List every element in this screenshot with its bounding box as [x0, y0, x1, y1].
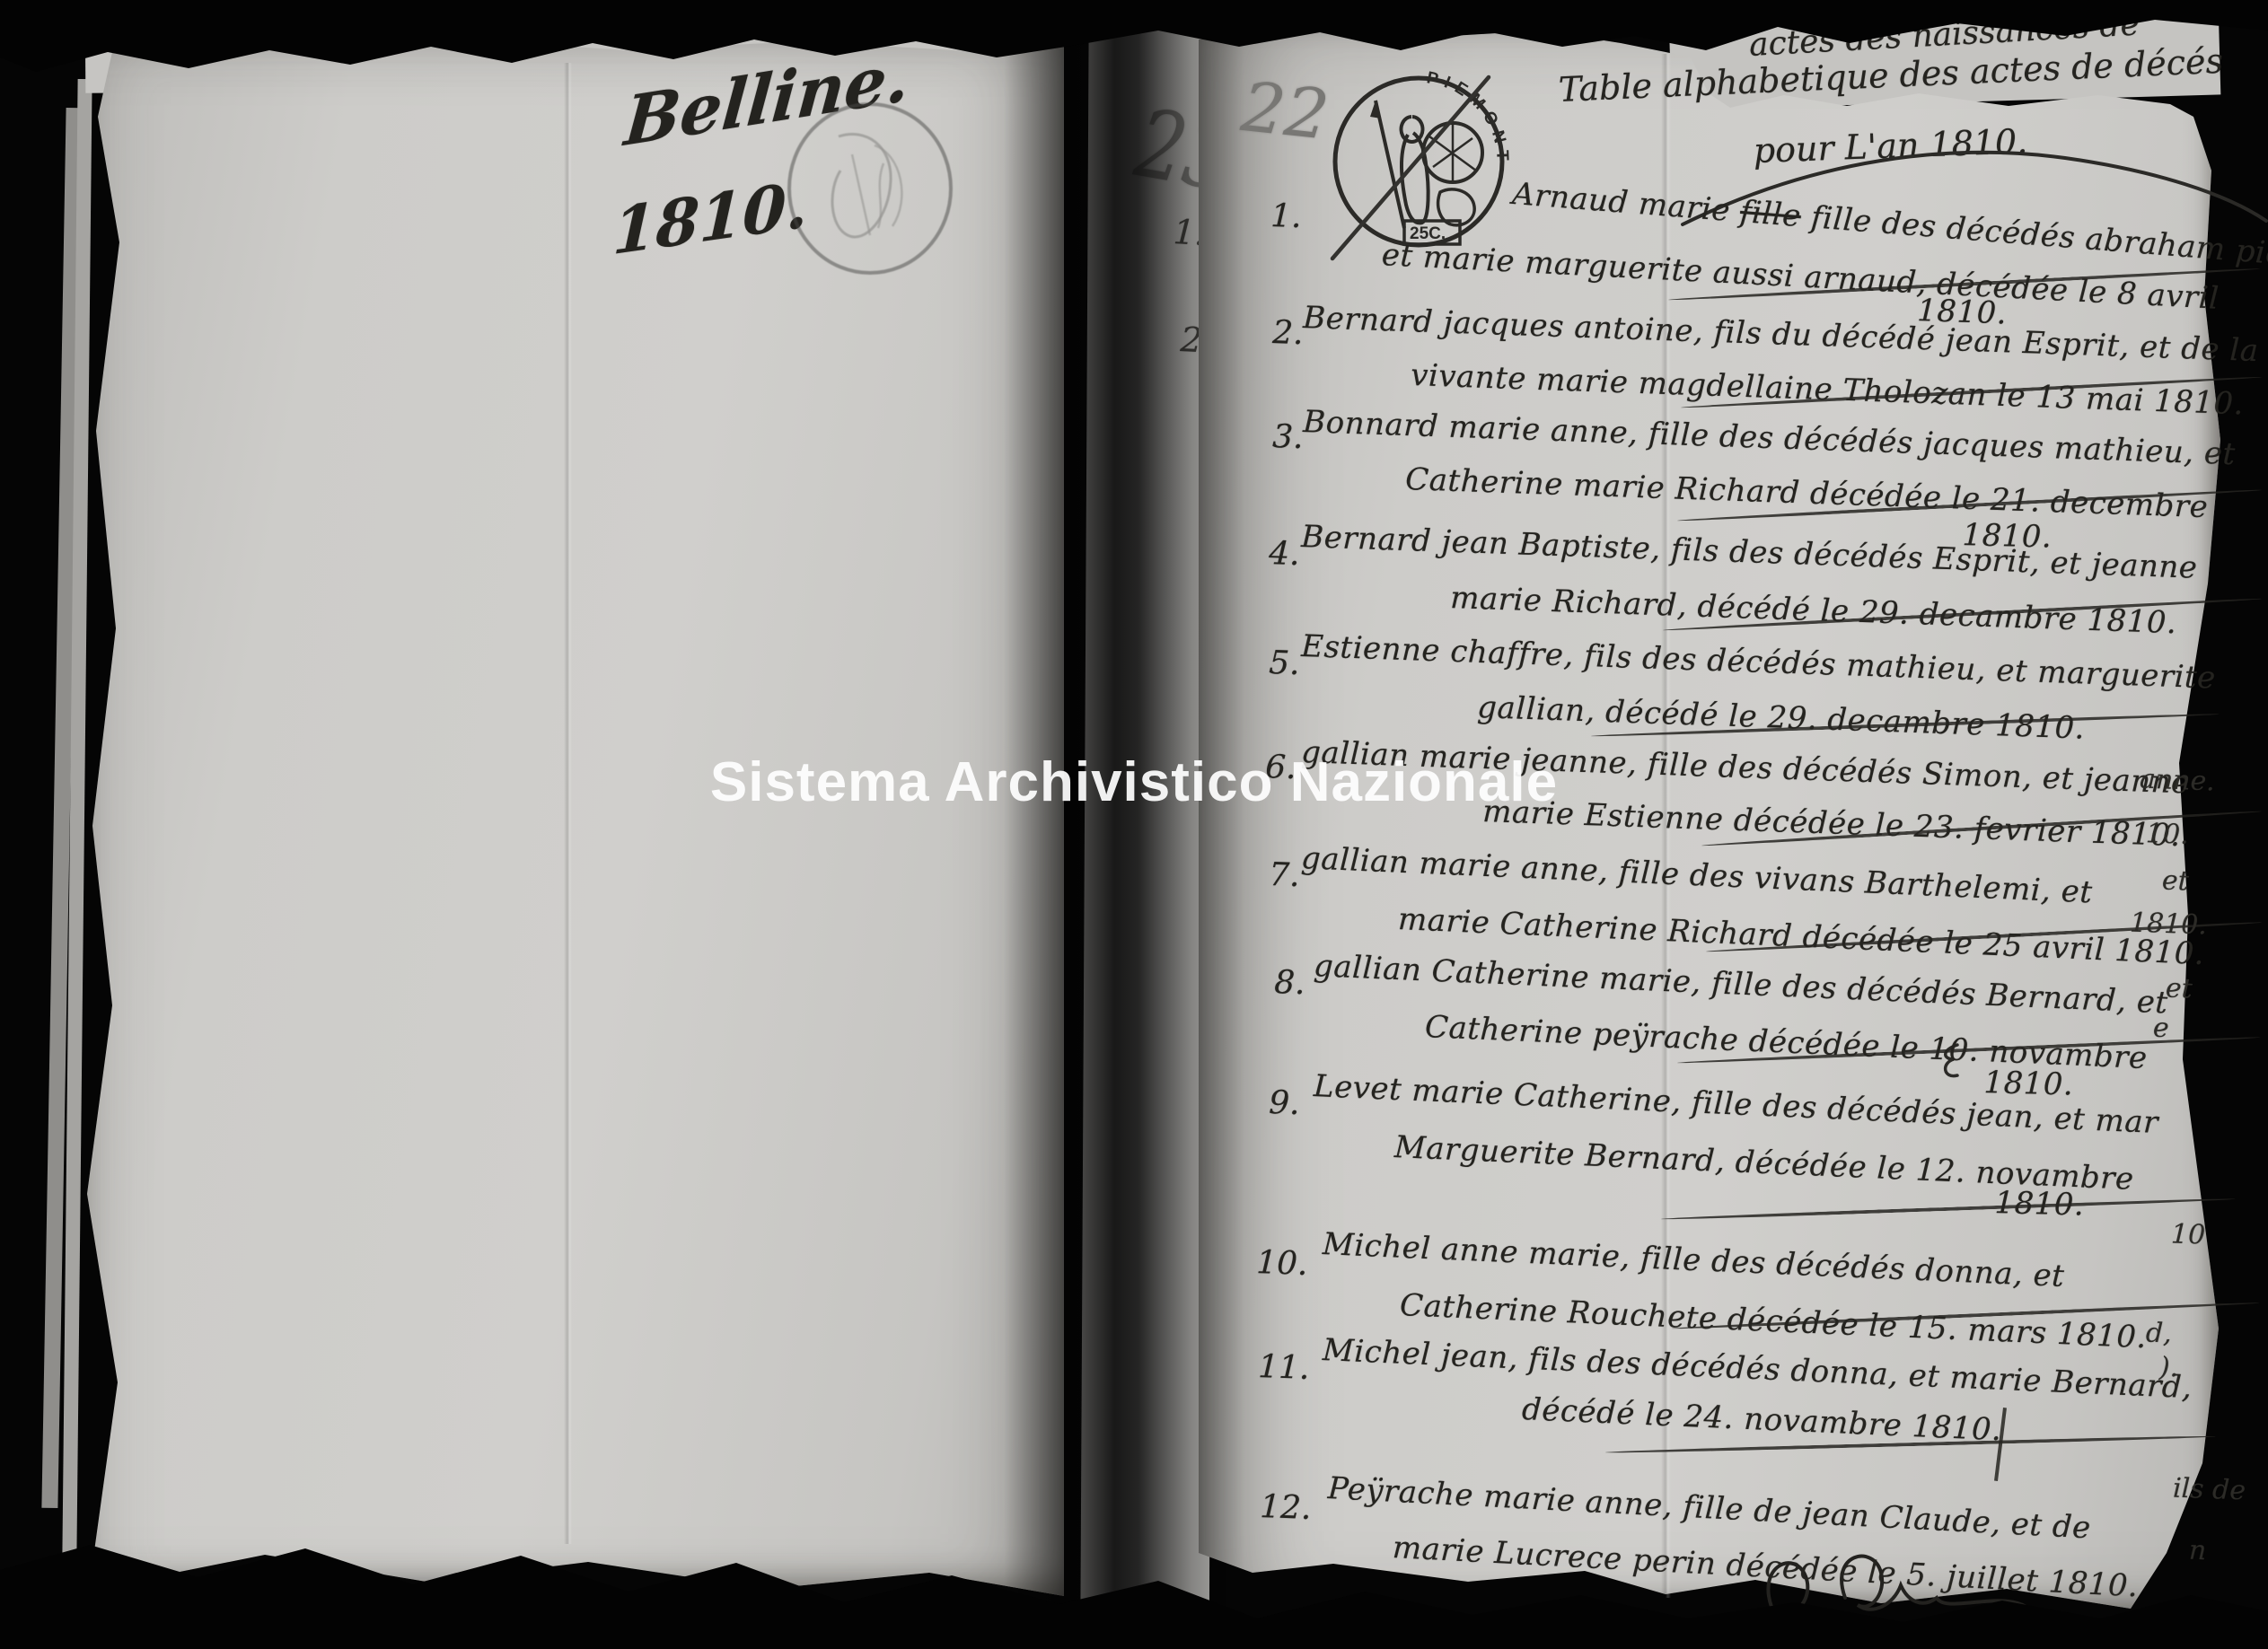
entry-number: 3. — [1272, 418, 1305, 456]
torn-edge-fragment: 10. — [2145, 818, 2189, 851]
folio-number-pencil: 22 — [1238, 66, 1332, 155]
torn-edge-fragment: 1810. — [2129, 908, 2207, 942]
manuscript-scan: rie, marie magdellaine née le 26 aout 18… — [0, 0, 2268, 1649]
entry-number: 7. — [1269, 856, 1301, 894]
torn-edge-fragment: n — [2188, 1535, 2207, 1567]
entry-number: 10. — [1256, 1244, 1309, 1283]
entry-number: 11. — [1258, 1348, 1311, 1387]
torn-edge-fragment: d, — [2145, 1318, 2172, 1350]
entry-number: 5. — [1269, 645, 1301, 682]
piedmont-stamp-icon: PIEMONT 25C. — [1329, 70, 1517, 266]
entry-number: 2. — [1272, 314, 1305, 352]
torn-edge-fragment: e — [2152, 1013, 2169, 1045]
archive-watermark: Sistema Archivistico Nazionale — [0, 750, 2268, 814]
faded-oval-stamp-icon — [785, 101, 955, 276]
torn-edge-fragment: 10 — [2170, 1218, 2205, 1250]
svg-text:PIEMONT: PIEMONT — [1425, 68, 1512, 167]
torn-edge-fragment: et — [2161, 864, 2189, 897]
entry-number: 4. — [1269, 535, 1301, 573]
torn-edge-fragment: ils de — [2172, 1473, 2246, 1507]
gutter-shadow — [1004, 0, 1244, 1649]
torn-edge-fragment: et — [2165, 972, 2193, 1004]
entry-number: 1. — [1270, 197, 1303, 235]
struck-word: fille — [1739, 194, 1803, 234]
entry-number: 12. — [1260, 1488, 1313, 1527]
entry-number: 8. — [1274, 964, 1306, 1002]
torn-edge-fragment: ). — [2158, 1352, 2178, 1384]
entry-number: 9. — [1269, 1084, 1301, 1122]
